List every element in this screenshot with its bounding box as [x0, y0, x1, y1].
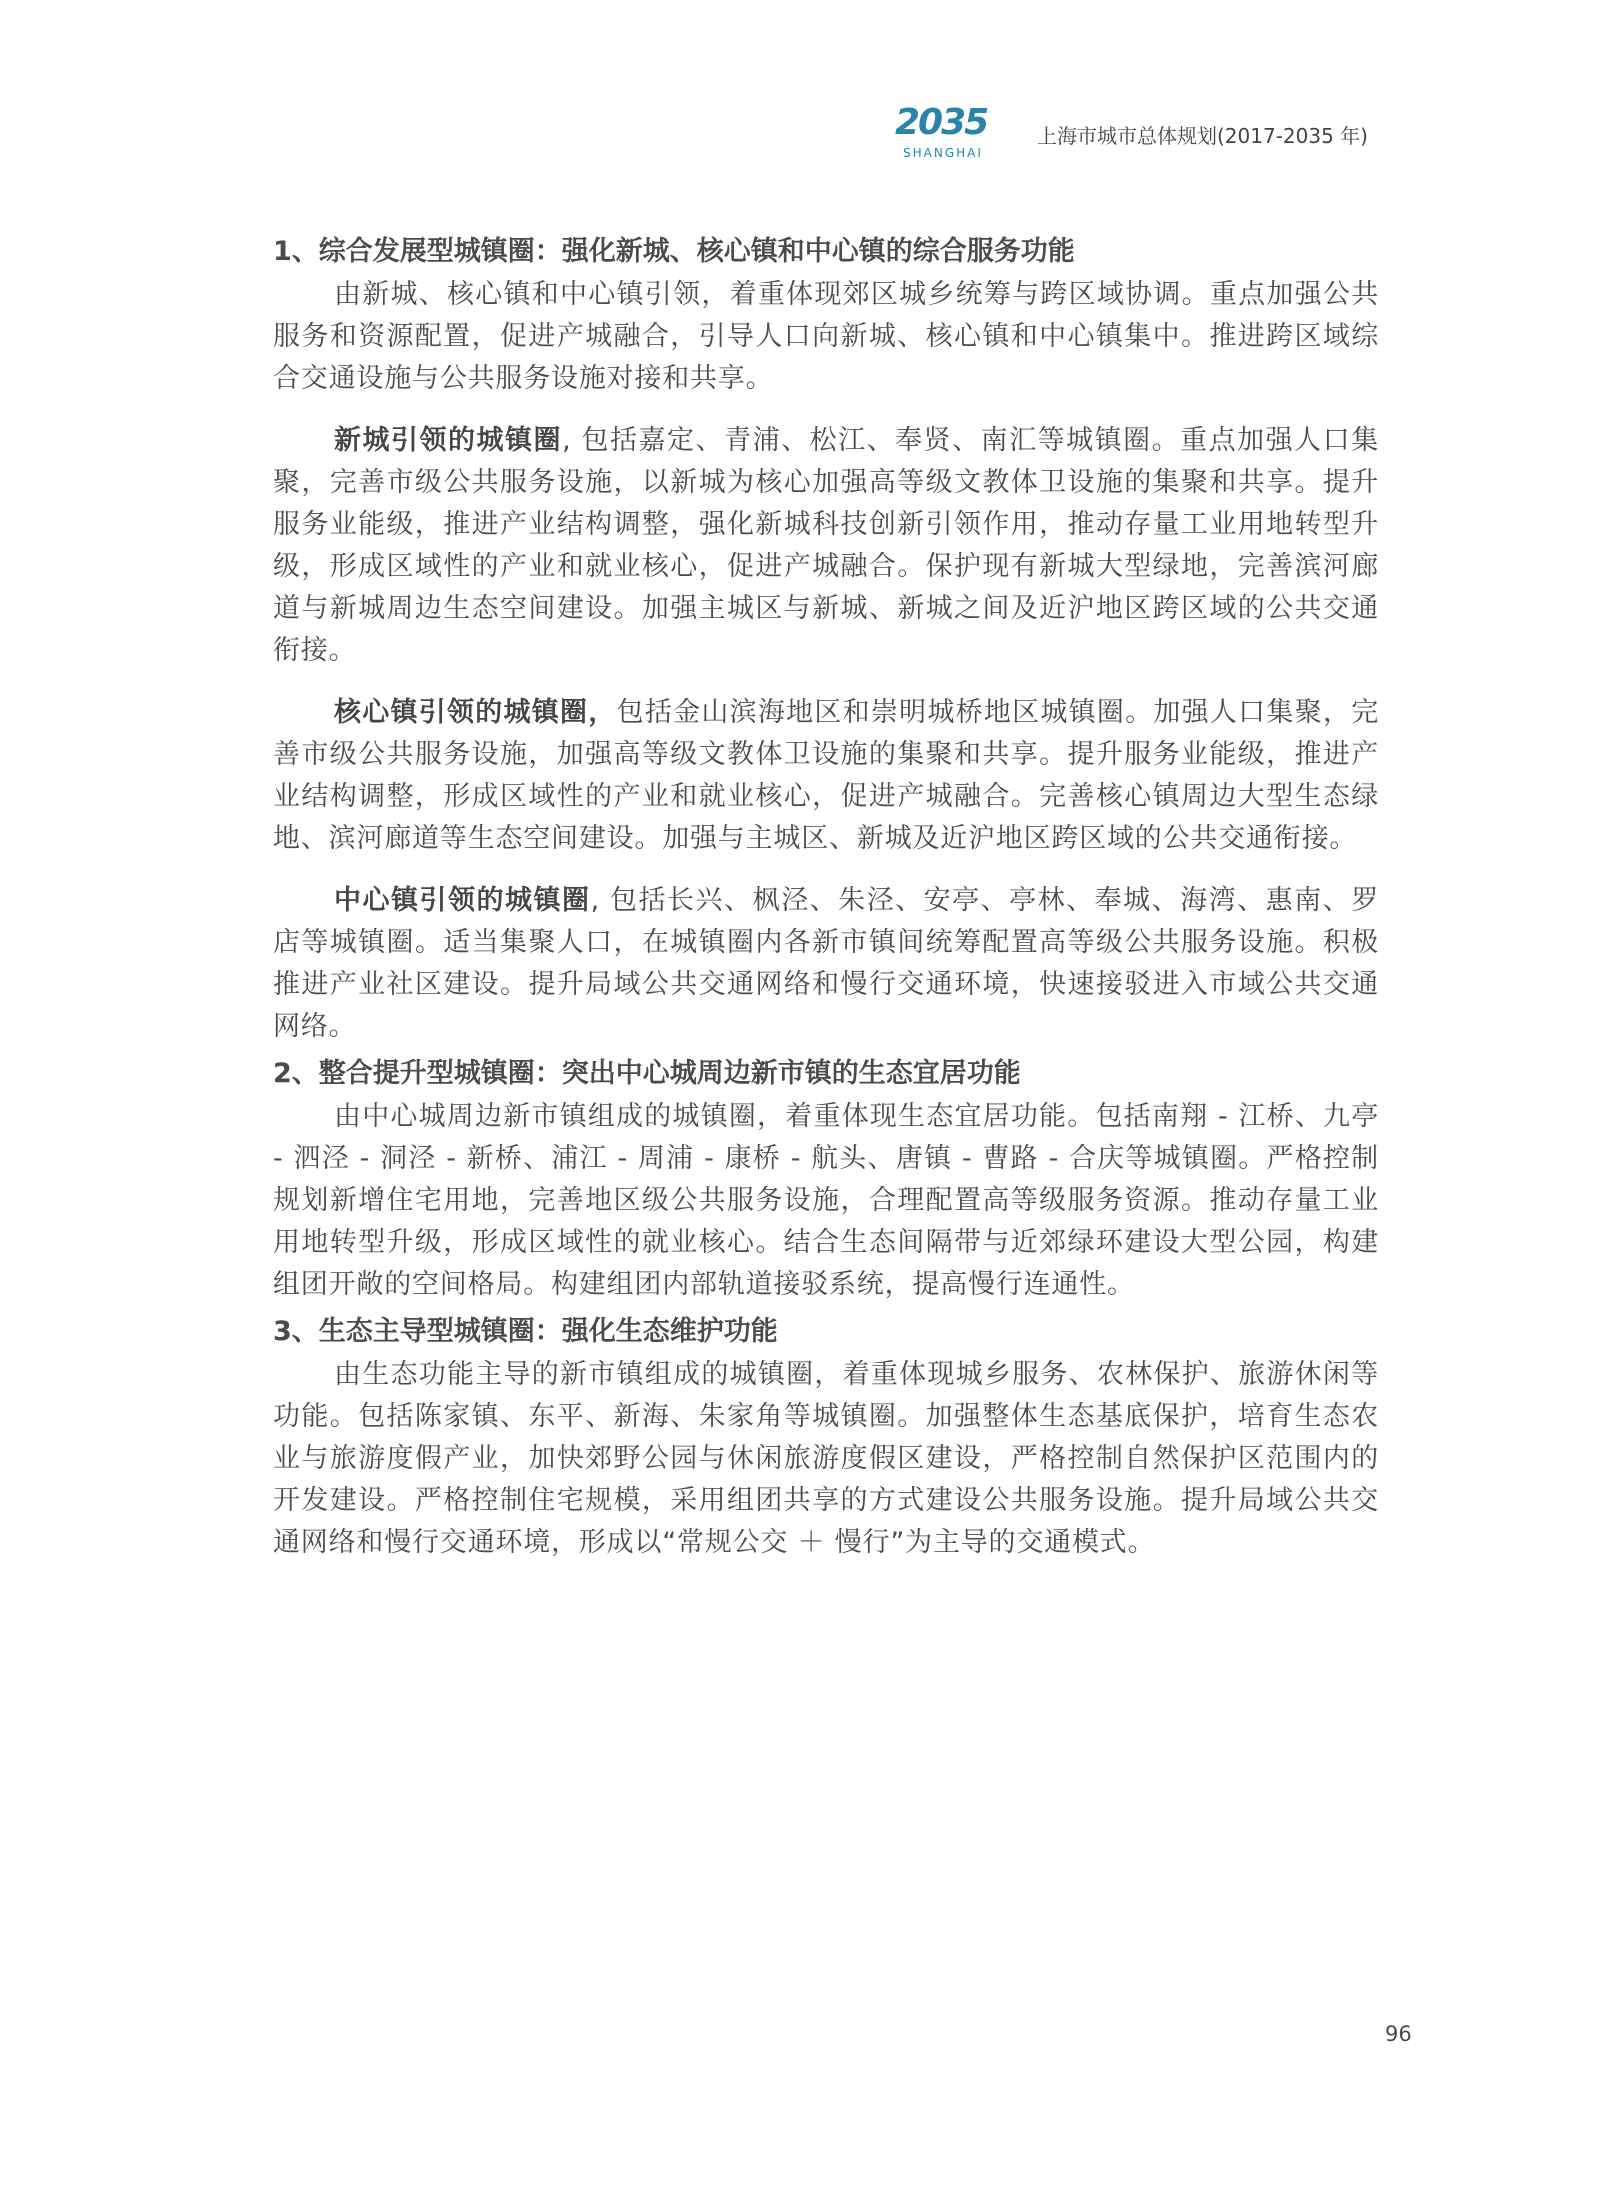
logo-subtitle: SHANGHAI	[903, 146, 983, 160]
section-3: 3、生态主导型城镇圈：强化生态维护功能 由生态功能主导的新市镇组成的城镇圈，着重…	[273, 1310, 1379, 1564]
subsection-core-town: 核心镇引领的城镇圈，包括金山滨海地区和崇明城桥地区城镇圈。加强人口集聚，完善市级…	[273, 692, 1379, 860]
section-intro: 由新城、核心镇和中心镇引领，着重体现郊区城乡统筹与跨区域协调。重点加强公共服务和…	[273, 274, 1379, 400]
page-number: 96	[1385, 2022, 1412, 2046]
subsection-central-town: 中心镇引领的城镇圈, 包括长兴、枫泾、朱泾、安亭、亭林、奉城、海湾、惠南、罗店等…	[273, 880, 1379, 1048]
page-header: 2035 SHANGHAI 上海市城市总体规划(2017-2035 年)	[893, 104, 1413, 164]
subsection-title: 核心镇引领的城镇圈，	[334, 697, 617, 728]
section-heading: 1、综合发展型城镇圈：强化新城、核心镇和中心镇的综合服务功能	[273, 230, 1379, 274]
page-content: 1、综合发展型城镇圈：强化新城、核心镇和中心镇的综合服务功能 由新城、核心镇和中…	[273, 230, 1379, 1564]
document-title: 上海市城市总体规划(2017-2035 年)	[1037, 120, 1368, 149]
section-intro: 由中心城周边新市镇组成的城镇圈，着重体现生态宜居功能。包括南翔 - 江桥、九亭 …	[273, 1096, 1379, 1306]
subsection-new-city: 新城引领的城镇圈, 包括嘉定、青浦、松江、奉贤、南汇等城镇圈。重点加强人口集聚，…	[273, 420, 1379, 672]
section-intro: 由生态功能主导的新市镇组成的城镇圈，着重体现城乡服务、农林保护、旅游休闲等功能。…	[273, 1354, 1379, 1564]
subsection-title: 新城引领的城镇圈	[334, 425, 562, 456]
section-heading: 3、生态主导型城镇圈：强化生态维护功能	[273, 1310, 1379, 1354]
section-2: 2、整合提升型城镇圈：突出中心城周边新市镇的生态宜居功能 由中心城周边新市镇组成…	[273, 1052, 1379, 1306]
shanghai-2035-logo: 2035 SHANGHAI	[893, 104, 1017, 164]
subsection-text: , 包括嘉定、青浦、松江、奉贤、南汇等城镇圈。重点加强人口集聚，完善市级公共服务…	[273, 425, 1379, 666]
section-heading: 2、整合提升型城镇圈：突出中心城周边新市镇的生态宜居功能	[273, 1052, 1379, 1096]
section-1: 1、综合发展型城镇圈：强化新城、核心镇和中心镇的综合服务功能 由新城、核心镇和中…	[273, 230, 1379, 1048]
subsection-title: 中心镇引领的城镇圈	[334, 885, 591, 916]
logo-number: 2035	[895, 104, 987, 142]
